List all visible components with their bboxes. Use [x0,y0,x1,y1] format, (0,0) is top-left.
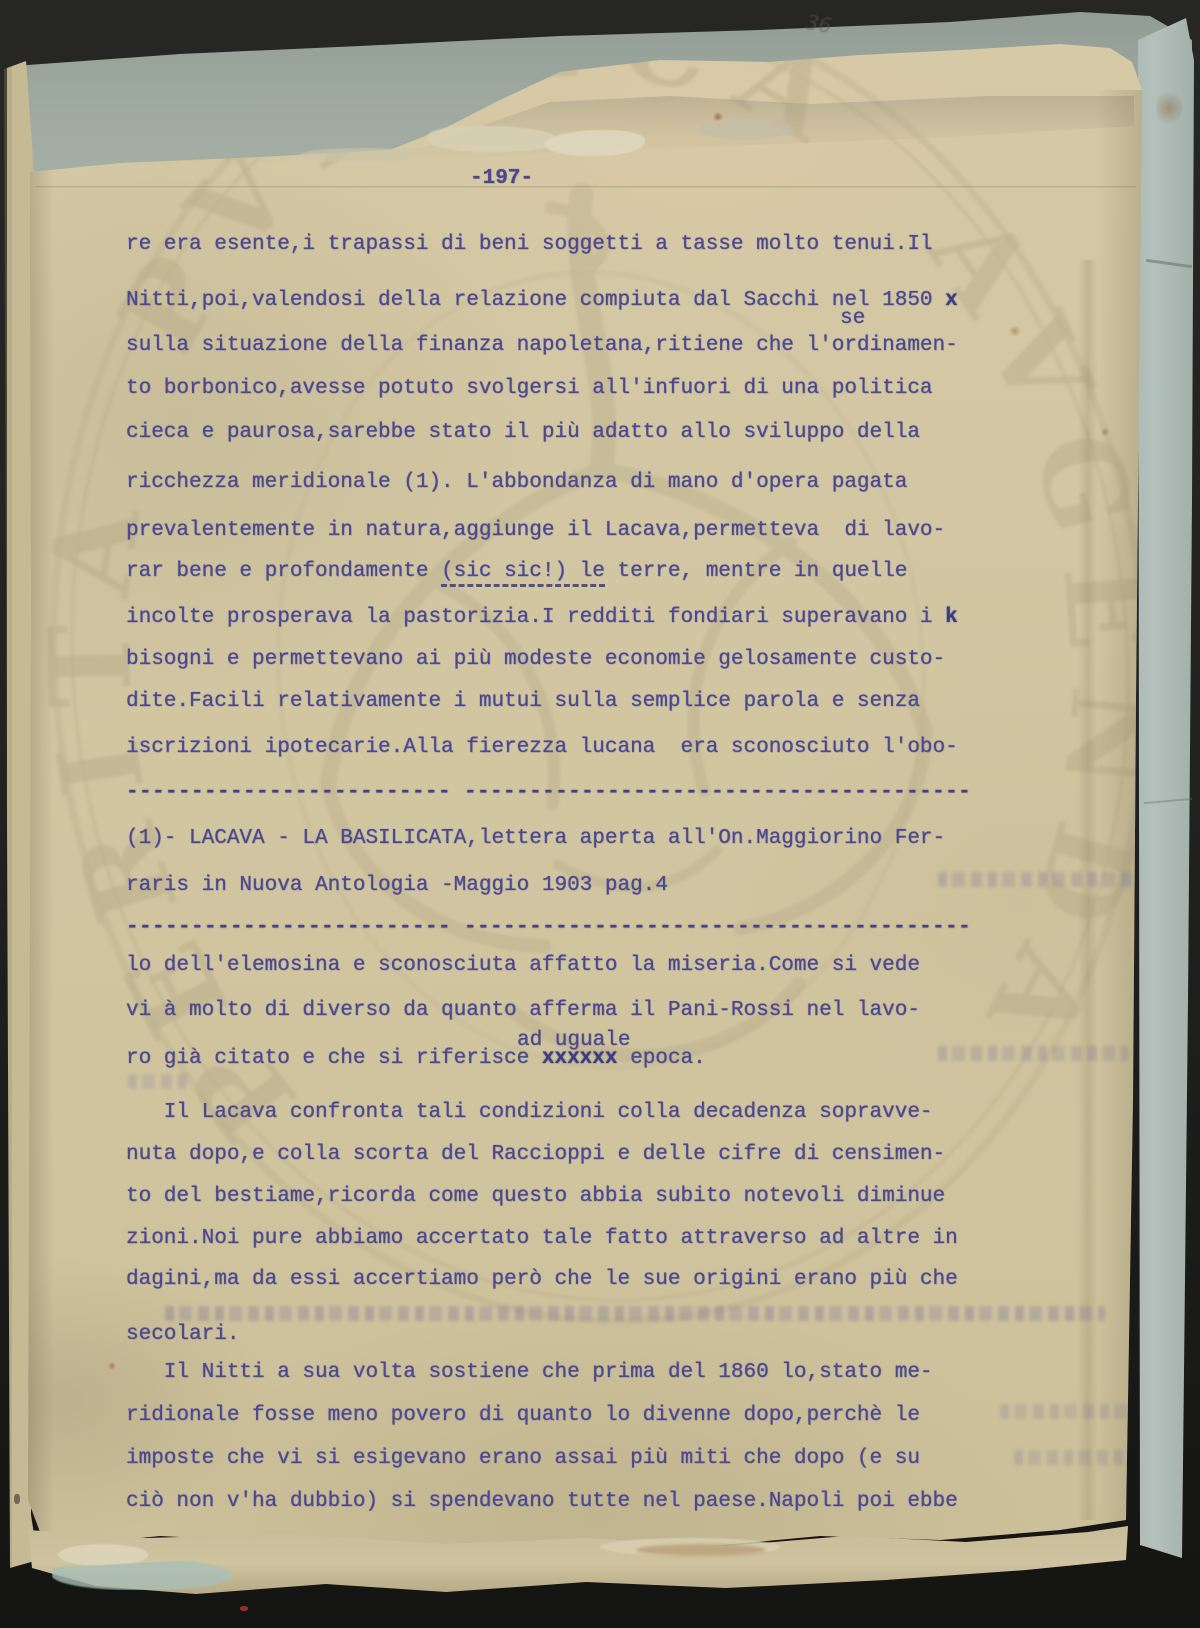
typewritten-line: zioni.Noi pure abbiamo accertato tale fa… [126,1226,958,1252]
typewritten-line: prevalentemente in natura,aggiunge il La… [126,518,945,544]
torn-paper-fiber [300,148,420,162]
page-number: -197- [470,166,533,192]
left-edge-shadow [28,150,54,1540]
typewritten-line: ridionale fosse meno povero di quanto lo… [126,1403,920,1429]
typewritten-line: raris in Nuova Antologia -Maggio 1903 pa… [126,873,668,899]
horizontal-crease [36,186,1136,189]
typewritten-line: Nitti,poi,valendosi della relazione comp… [126,288,958,314]
typewritten-line: cieca e paurosa,sarebbe stato il più ada… [126,420,920,446]
typewritten-line: nuta dopo,e colla scorta del Raccioppi e… [126,1142,945,1168]
bleed-through-text [128,1074,188,1089]
typewritten-line: dite.Facili relativamente i mutui sulla … [126,689,920,715]
typewritten-line: incolte prosperava la pastorizia.I reddi… [126,605,958,631]
typewritten-line: to borbonico,avesse potuto svolgersi all… [126,376,933,402]
ink-stain [1008,326,1022,336]
typewritten-line: ciò non v'ha dubbio) si spendevano tutte… [126,1489,958,1515]
typed-separator-line: ------------------------- --------------… [126,915,971,941]
ink-stain [1100,428,1110,436]
bleed-through-text [938,872,1134,887]
ink-stain [1156,88,1182,128]
pencil-note: 36 [804,10,833,38]
typewritten-line: (1)- LACAVA - LA BASILICATA,lettera aper… [126,826,945,852]
typewritten-line: Il Lacava confronta tali condizioni coll… [126,1100,933,1126]
typewritten-line: iscrizioni ipotecarie.Alla fierezza luca… [126,735,958,761]
typewritten-line: re era esente,i trapassi di beni soggett… [126,232,933,258]
typewritten-line: to del bestiame,ricorda come questo abbi… [126,1184,945,1210]
vertical-fold-shadow [1078,260,1098,1520]
typewritten-line: rar bene e profondamente (sic sic!) le t… [126,559,907,585]
typewritten-line: Il Nitti a sua volta sostiene che prima … [126,1360,933,1386]
scanned-document-page: PERITA PVBLICA AVGENDA [0,0,1200,1628]
typewritten-line: vi à molto di diverso da quanto afferma … [126,998,920,1024]
dark-speck [14,1494,20,1504]
typewritten-line: se [840,306,865,332]
typewritten-line: ro già citato e che si riferisce xxxxxx … [126,1046,706,1072]
typewritten-line: ricchezza meridionale (1). L'abbondanza … [126,470,907,496]
torn-paper-fiber [698,118,793,140]
typewritten-line: lo dell'elemosina e sconosciuta affatto … [126,953,920,979]
torn-paper-fiber [428,126,558,152]
typed-separator-line: ------------------------- --------------… [126,780,971,806]
bleed-through-text [938,1046,1128,1061]
typewritten-line: imposte che vi si esigevano erano assai … [126,1446,920,1472]
torn-paper-fiber [58,1544,148,1566]
red-speck [240,1606,248,1611]
bleed-through-text [1014,1450,1130,1465]
red-mark [108,1362,116,1370]
typewritten-line: dagini,ma da essi accertiamo però che le… [126,1267,958,1293]
bleed-through-text [1000,1404,1128,1419]
typewritten-line: sulla situazione della finanza napoletan… [126,333,958,359]
typewritten-line: bisogni e permettevano ai più modeste ec… [126,647,945,673]
bleed-through-text [165,1306,1105,1321]
brown-stain [636,1544,766,1556]
typewritten-line: secolari. [126,1322,239,1348]
paper-sheet: PERITA PVBLICA AVGENDA [0,0,1200,1628]
